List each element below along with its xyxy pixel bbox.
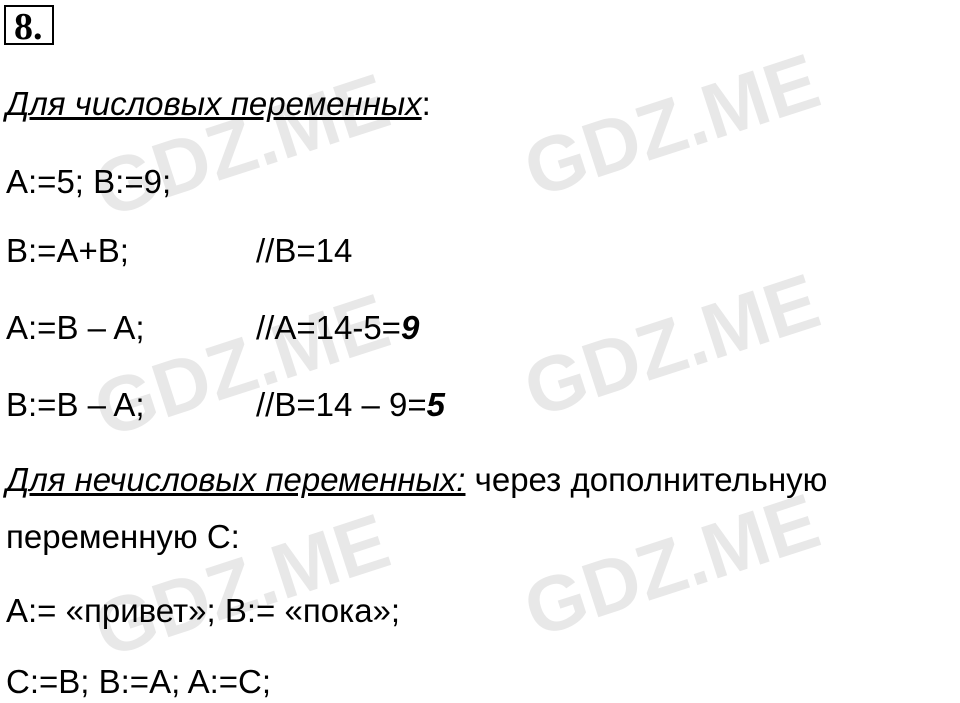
comment: //B=14 [256,231,352,271]
code: A:=5; B:=9; [6,163,171,200]
watermark: GDZ.ME [83,55,400,235]
heading-numeric: Для числовых переменных: [6,84,431,124]
code-line-3: A:=B – A; //A=14-5=9 [6,308,906,348]
heading-nonnumeric-rest: через дополнительную [465,461,827,498]
watermark: GDZ.ME [513,35,830,215]
comment: //A=14-5=9 [256,308,419,348]
task-number: 8. [4,5,54,45]
comment-text: //B=14 – 9= [256,386,427,423]
watermark: GDZ.ME [513,475,830,655]
result: 5 [427,386,445,423]
code-line-swap: C:=B; B:=A; A:=C; [6,662,271,702]
code-line-2: B:=A+B; //B=14 [6,231,906,271]
comment-text: //B=14 [256,232,352,269]
heading-nonnumeric-line2: переменную С: [6,517,240,557]
code: A:=B – A; [6,309,145,346]
comment: //B=14 – 9=5 [256,385,445,425]
code: B:=A+B; [6,232,129,269]
code-line-4: B:=B – A; //B=14 – 9=5 [6,385,906,425]
heading-nonnumeric-text: Для нечисловых переменных: [6,461,465,498]
watermark: GDZ.ME [83,275,400,455]
code-line-1: A:=5; B:=9; [6,162,171,202]
result: 9 [401,309,419,346]
heading-nonnumeric: Для нечисловых переменных: через дополни… [6,460,827,500]
heading-colon: : [422,85,431,122]
code: B:=B – A; [6,386,145,423]
code-line-strings: A:= «привет»; B:= «пока»; [6,591,400,631]
comment-text: //A=14-5= [256,309,401,346]
heading-numeric-text: Для числовых переменных [6,85,422,122]
